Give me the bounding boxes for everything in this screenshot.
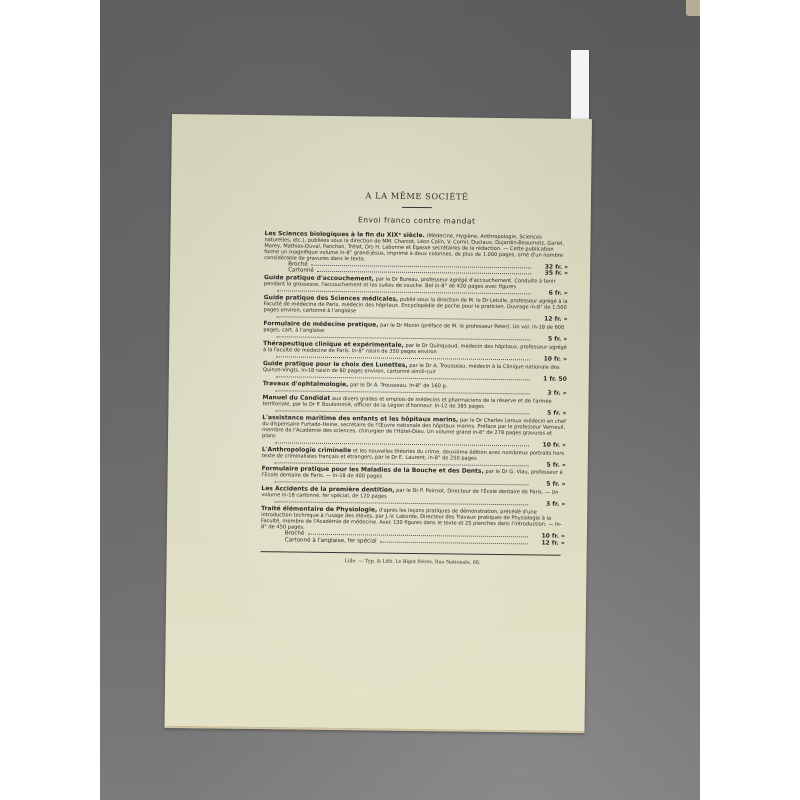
price-amount: 1 fr. 50 xyxy=(533,376,567,383)
price-amount: 12 fr. » xyxy=(531,540,565,547)
dot-leader xyxy=(380,540,528,544)
page-content: A LA MÊME SOCIÉTÉ Envoi franco contre ma… xyxy=(261,189,570,567)
dot-leader xyxy=(276,375,530,380)
dot-leader xyxy=(275,441,529,446)
photo-background: A LA MÊME SOCIÉTÉ Envoi franco contre ma… xyxy=(100,0,700,800)
price-amount: 3 fr. » xyxy=(533,390,567,397)
binding-label: Cartonné xyxy=(288,268,314,275)
price-amount: 5 fr. » xyxy=(532,462,566,469)
page-subtitle: Envoi franco contre mandat xyxy=(265,214,569,227)
price-amount: 3 fr. » xyxy=(531,502,565,509)
catalog-entry: L'assistance maritime des enfants et les… xyxy=(262,415,566,449)
dot-leader xyxy=(276,355,530,360)
title-divider xyxy=(402,207,432,208)
price-amount: 5 fr. » xyxy=(531,482,565,489)
bookmark-paper-strip xyxy=(571,50,589,128)
dot-leader xyxy=(274,501,528,506)
price-amount: 6 fr. » xyxy=(534,291,568,298)
price-amount: 10 fr. » xyxy=(533,356,567,363)
corner-paper-scrap xyxy=(686,0,700,16)
dot-leader xyxy=(275,461,529,466)
price-amount: 5 fr. » xyxy=(532,410,566,417)
price-amount: 10 fr. » xyxy=(532,442,566,449)
imprint-divider xyxy=(261,551,561,556)
price-amount: 5 fr. » xyxy=(533,337,567,344)
entry-description: par le Dr A. Trousseau. In-8° de 160 p. xyxy=(350,382,447,389)
dot-leader xyxy=(276,389,530,394)
catalog-page: A LA MÊME SOCIÉTÉ Envoi franco contre ma… xyxy=(164,114,591,733)
catalog-entry: Traité élémentaire de Physiologie, d'apr… xyxy=(261,506,565,547)
catalog-entry: Guide pratique des Sciences médicales, p… xyxy=(263,295,567,323)
dot-leader xyxy=(277,290,531,295)
dot-leader xyxy=(276,335,530,340)
catalog-entries: Les Sciences biologiques à la fin du XIX… xyxy=(261,231,569,547)
dot-leader xyxy=(317,270,531,275)
dot-leader xyxy=(275,409,529,414)
catalog-entry: Les Sciences biologiques à la fin du XIX… xyxy=(264,231,569,278)
price-amount: 35 fr. » xyxy=(534,271,568,278)
dot-leader xyxy=(277,316,531,321)
printer-imprint: Lille. — Typ. & Lith. Le Bigot frères, R… xyxy=(261,558,565,567)
binding-label: Cartonné à l'anglaise, fer spécial xyxy=(285,537,377,545)
price-amount: 12 fr. » xyxy=(533,317,567,324)
page-title: A LA MÊME SOCIÉTÉ xyxy=(265,189,569,203)
entry-title: Travaux d'ophtalmologie, xyxy=(263,380,349,388)
